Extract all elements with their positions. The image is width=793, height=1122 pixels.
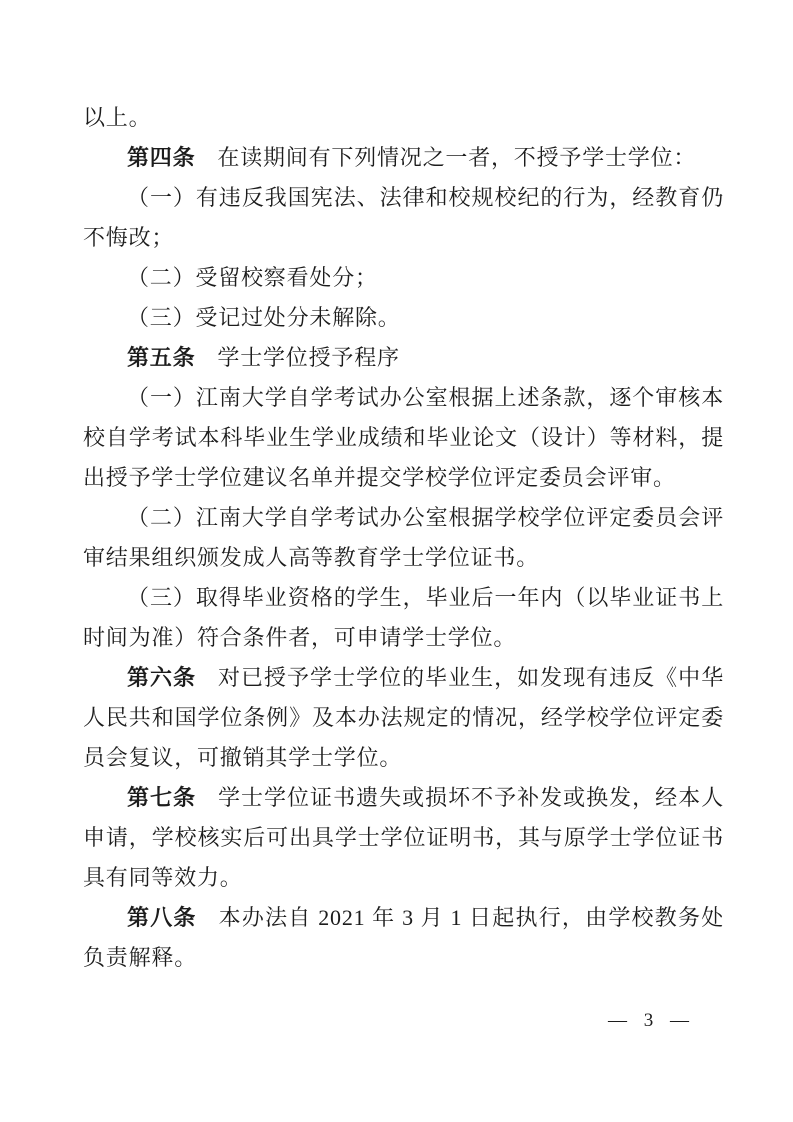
paragraph-text: （二）江南大学自学考试办公室根据学校学位评定委员会评审结果组织颁发成人高等教育学…: [83, 505, 724, 570]
article-4-item-3: （三）受记过处分未解除。: [83, 298, 724, 338]
document-page: 以上。 第四条在读期间有下列情况之一者，不授予学士学位： （一）有违反我国宪法、…: [0, 0, 793, 1122]
article-7: 第七条学士学位证书遗失或损坏不予补发或换发，经本人申请，学校核实后可出具学士学位…: [83, 778, 724, 898]
article-4: 第四条在读期间有下列情况之一者，不授予学士学位：: [83, 138, 724, 178]
article-5: 第五条学士学位授予程序: [83, 338, 724, 378]
article-4-number: 第四条: [127, 145, 195, 170]
article-8: 第八条本办法自 2021 年 3 月 1 日起执行，由学校教务处负责解释。: [83, 898, 724, 978]
paragraph-text: （一）有违反我国宪法、法律和校规校纪的行为，经教育仍不悔改；: [83, 185, 724, 250]
paragraph-continuation: 以上。: [83, 98, 724, 138]
article-5-item-2: （二）江南大学自学考试办公室根据学校学位评定委员会评审结果组织颁发成人高等教育学…: [83, 498, 724, 578]
article-5-item-3: （三）取得毕业资格的学生，毕业后一年内（以毕业证书上时间为准）符合条件者，可申请…: [83, 578, 724, 658]
paragraph-text: （三）取得毕业资格的学生，毕业后一年内（以毕业证书上时间为准）符合条件者，可申请…: [83, 585, 724, 650]
page-number: — 3 —: [0, 1010, 793, 1032]
article-8-number: 第八条: [127, 905, 197, 930]
paragraph-text: （三）受记过处分未解除。: [127, 305, 401, 330]
article-4-text: 在读期间有下列情况之一者，不授予学士学位：: [217, 145, 696, 170]
article-5-number: 第五条: [127, 345, 195, 370]
article-5-item-1: （一）江南大学自学考试办公室根据上述条款，逐个审核本校自学考试本科毕业生学业成绩…: [83, 378, 724, 498]
article-4-item-2: （二）受留校察看处分；: [83, 258, 724, 298]
document-body: 以上。 第四条在读期间有下列情况之一者，不授予学士学位： （一）有违反我国宪法、…: [83, 98, 724, 978]
paragraph-text: 以上。: [83, 105, 151, 130]
paragraph-text: （一）江南大学自学考试办公室根据上述条款，逐个审核本校自学考试本科毕业生学业成绩…: [83, 385, 724, 490]
article-6-number: 第六条: [127, 665, 196, 690]
article-7-number: 第七条: [127, 785, 196, 810]
article-5-text: 学士学位授予程序: [217, 345, 399, 370]
paragraph-text: （二）受留校察看处分；: [127, 265, 378, 290]
article-6: 第六条对已授予学士学位的毕业生，如发现有违反《中华人民共和国学位条例》及本办法规…: [83, 658, 724, 778]
article-4-item-1: （一）有违反我国宪法、法律和校规校纪的行为，经教育仍不悔改；: [83, 178, 724, 258]
